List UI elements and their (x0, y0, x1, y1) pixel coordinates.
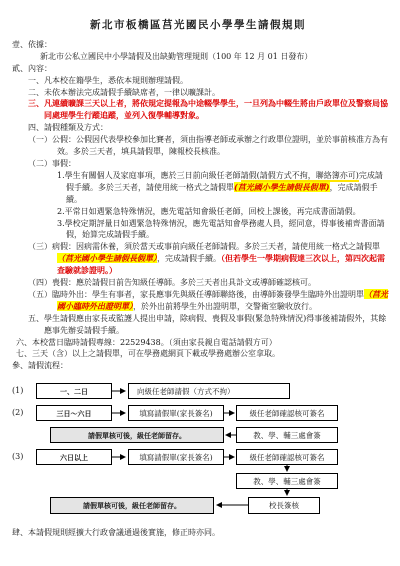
rule-6-phone-line: 六、本校當日臨時請假專線：22529438。（須由家長親自電話請假方可） (16, 337, 388, 349)
rule-2: 二、未依本辦法完成請假手續缺席者，一律以曠課計。 (28, 87, 388, 99)
flow-box-fill-form-3: 填寫請假單(家長簽名) (128, 449, 224, 465)
rule-4-2-item-1: 1.學生有關個人及家庭事項，應於三日前向級任老師請假(請假方式不拘，聯絡簿亦可)… (57, 170, 388, 206)
flow-box-keep-on-file-3: 請假單核可後，級任老師留存。 (50, 497, 214, 514)
leave-process-flowchart: (1) 一、二日 向級任老師請假（方式不拘） (2) 三日～六日 填寫請假單(家… (8, 379, 388, 521)
text-segment: （三）病假：因病需休養，須於當天或事前向級任老師請假。多於三天者，請使用統一格式… (28, 242, 380, 251)
rule-4-5-temporary-exit: （五）臨時外出：學生有事者，家長應事先與級任導師聯絡後，由導師簽發學生臨時外出證… (28, 289, 388, 313)
rule-1: 一、凡本校在籍學生，悉依本規則辦理請假。 (28, 75, 388, 87)
flow-box-duration-3-6-days: 三日～六日 (36, 405, 112, 421)
document-page: 新北市板橋區莒光國民小學學生請假規則 壹、依據： 新北市公私立國民中小學請假及出… (0, 0, 400, 566)
flow-step-label-1: (1) (12, 385, 23, 397)
flow-box-notify-teacher: 向級任老師請假（方式不拘） (128, 383, 290, 399)
rule-4-2-personal-leave-heading: （二）事假： (28, 158, 388, 170)
flow-box-fill-form-2: 填寫請假單(家長簽名) (128, 405, 224, 421)
flow-box-teacher-approve-3: 級任老師確認核可簽名 (236, 449, 338, 465)
flow-box-three-offices-3: 教、學、輔三處會簽 (236, 473, 338, 489)
flow-step-label-3: (3) (12, 451, 23, 463)
rule-4-3-sick-leave: （三）病假：因病需休養，須於當天或事前向級任老師請假。多於三天者，請使用統一格式… (28, 241, 388, 277)
flow-box-duration-1-2-days: 一、二日 (36, 383, 112, 399)
flow-box-three-offices-2: 教、學、輔三處會簽 (236, 427, 338, 443)
text-segment: ，完成請假手續。 (157, 254, 221, 263)
text-segment: （五）臨時外出：學生有事者，家長應事先與級任導師聯絡後，由導師簽發學生臨時外出證… (28, 290, 364, 299)
page-title: 新北市板橋區莒光國民小學學生請假規則 (8, 20, 388, 32)
rule-4: 四、請假種類及方式： (28, 122, 388, 134)
flow-box-principal-sign: 校長簽核 (248, 497, 320, 514)
rule-3-warning: 三、凡連續曠課三天以上者，將依規定提報為中途輟學學生，一旦列為中輟生將由戶政單位… (28, 98, 388, 122)
rule-4-2-item-3: 3.學校定期評量日如遇緊急特殊情況，應先電話知會學務處人員，經同意，得事後補齊書… (57, 218, 388, 242)
rule-4-4-funeral-leave: （四）喪假：應於請假日前告知級任導師。多於三天者出具訃文或導師確認核可。 (28, 277, 388, 289)
yellow-underline-text: 請假(請假方式不拘，聯絡簿亦可) (241, 171, 359, 182)
section-1-heading: 壹、依據： (12, 39, 388, 51)
flow-step-label-2: (2) (12, 407, 23, 419)
flow-box-duration-6-plus: 六日以上 (36, 449, 112, 465)
section-4-footer: 肆、本請假規則經擴大行政會議通過後實施，修正時亦同。 (12, 527, 388, 539)
highlighted-form-name: (莒光國小學生請假長假單) (234, 182, 330, 192)
text-segment: 1.學生有關個人及家庭事項，應於三日前向級任老師 (57, 171, 241, 180)
rule-7: 七、三天（含）以上之請假單，可在學務處網頁下載或學務處辦公室拿取。 (16, 348, 388, 360)
flow-box-teacher-approve-2: 級任老師確認核可簽名 (236, 405, 338, 421)
highlighted-form-name: （莒光國小學生請假長假單） (57, 253, 157, 263)
section-3-heading: 參、請假流程： (12, 360, 388, 372)
rule-5: 五、學生請假應由家長或監護人提出申請，除病假、喪假及事假(緊急特殊情況)得事後補… (28, 313, 388, 337)
rule-4-1-official-leave: （一）公假：公假因代表學校參加比賽者，須由指導老師或承辦之行政單位證明，並於事前… (28, 134, 388, 158)
flow-box-keep-on-file-2: 請假單核可後，級任老師留存。 (50, 427, 224, 443)
text-segment: ，於外出前將學生外出證明單，交警衛室驗收放行。 (133, 302, 317, 311)
section-2-heading: 貳、內容： (12, 63, 388, 75)
rule-4-2-item-2: 2.平常日如遇緊急特殊情況，應先電話知會級任老師，回校上課後，再完成書面請假。 (57, 206, 388, 218)
section-1-body: 新北市公私立國民中小學請假及出缺勤管理規則（100 年 12 月 01 日發布） (40, 51, 388, 63)
